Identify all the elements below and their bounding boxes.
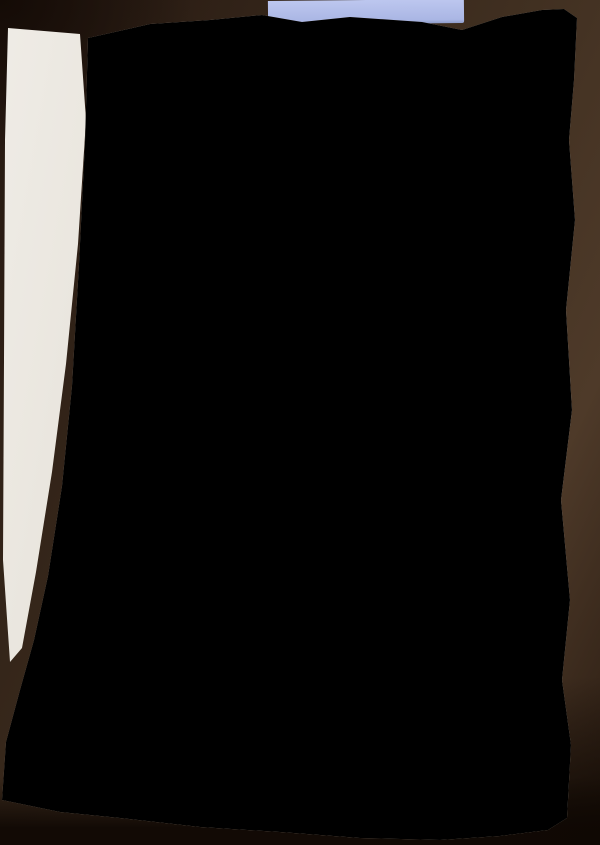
manuscript-line: Qui ea que a ea o zier en cas e de ven [99,549,462,568]
manuscript-line: au cao de tuxieso. E vezinos ea ca der [101,263,450,282]
manuscript-line: e de ga au da o e tierras que ne de [95,729,428,746]
manuscript-line: con cenar E sentenzar a rece que zen [97,586,435,603]
manuscript-line: an da de ee tuviese. se hizo que ene e [95,658,448,675]
manuscript-line: si ea en vos pcos o so e vios serideros [103,175,457,191]
manuscript-line: mj nos e ea no ea ea pee mj tome de ga [95,352,468,372]
manuscript-line: e sa e de gs o d lugar e o y terminos de… [95,389,495,405]
manuscript-line: su bcesor ea. vns verzneco e particulea [99,191,449,210]
photo-of-manuscript: 10 mo por henzio e vex verga de gonainea… [0,0,600,845]
manuscript-line: cui os me dia on se si ziere Ee da audin… [95,604,490,620]
manuscript-line: njmos a rea que se do menbrado e y a [95,443,446,460]
manuscript-line: sin que quanto reo su eo e so se ga ea [95,515,455,532]
manuscript-line: ea on ocio con que de senorio ristiynco [109,85,462,102]
manuscript-line: cob vedios terminos y dezmeria de aca [103,318,446,334]
manuscript-line: enteramente e privative e se tejne [101,157,404,174]
page-number: 10 [517,55,540,76]
manuscript-line: diaon de puna se quie mi visen vda e [105,103,444,119]
manuscript-line: ee a mj de. senor de. e vezinos de aca [101,371,454,388]
manuscript-line: termino de ea des villa dlo ze a [97,676,387,692]
manuscript-line: no ve ea de re puna am Que da s uxen eda [97,533,494,549]
manuscript-line: su xema quilco via on an que dorisn [105,228,431,245]
manuscript-line: dar me de ea y ga ciu das de tugico. e n… [99,461,487,477]
manuscript-page: 10 mo por henzio e vex verga de gonainea… [0,0,600,845]
manuscript-line: verzamj entos. Que tsamj no tienen e r [101,300,450,317]
manuscript-line: eon ea o tunos se en tienca que ca des [103,246,460,262]
